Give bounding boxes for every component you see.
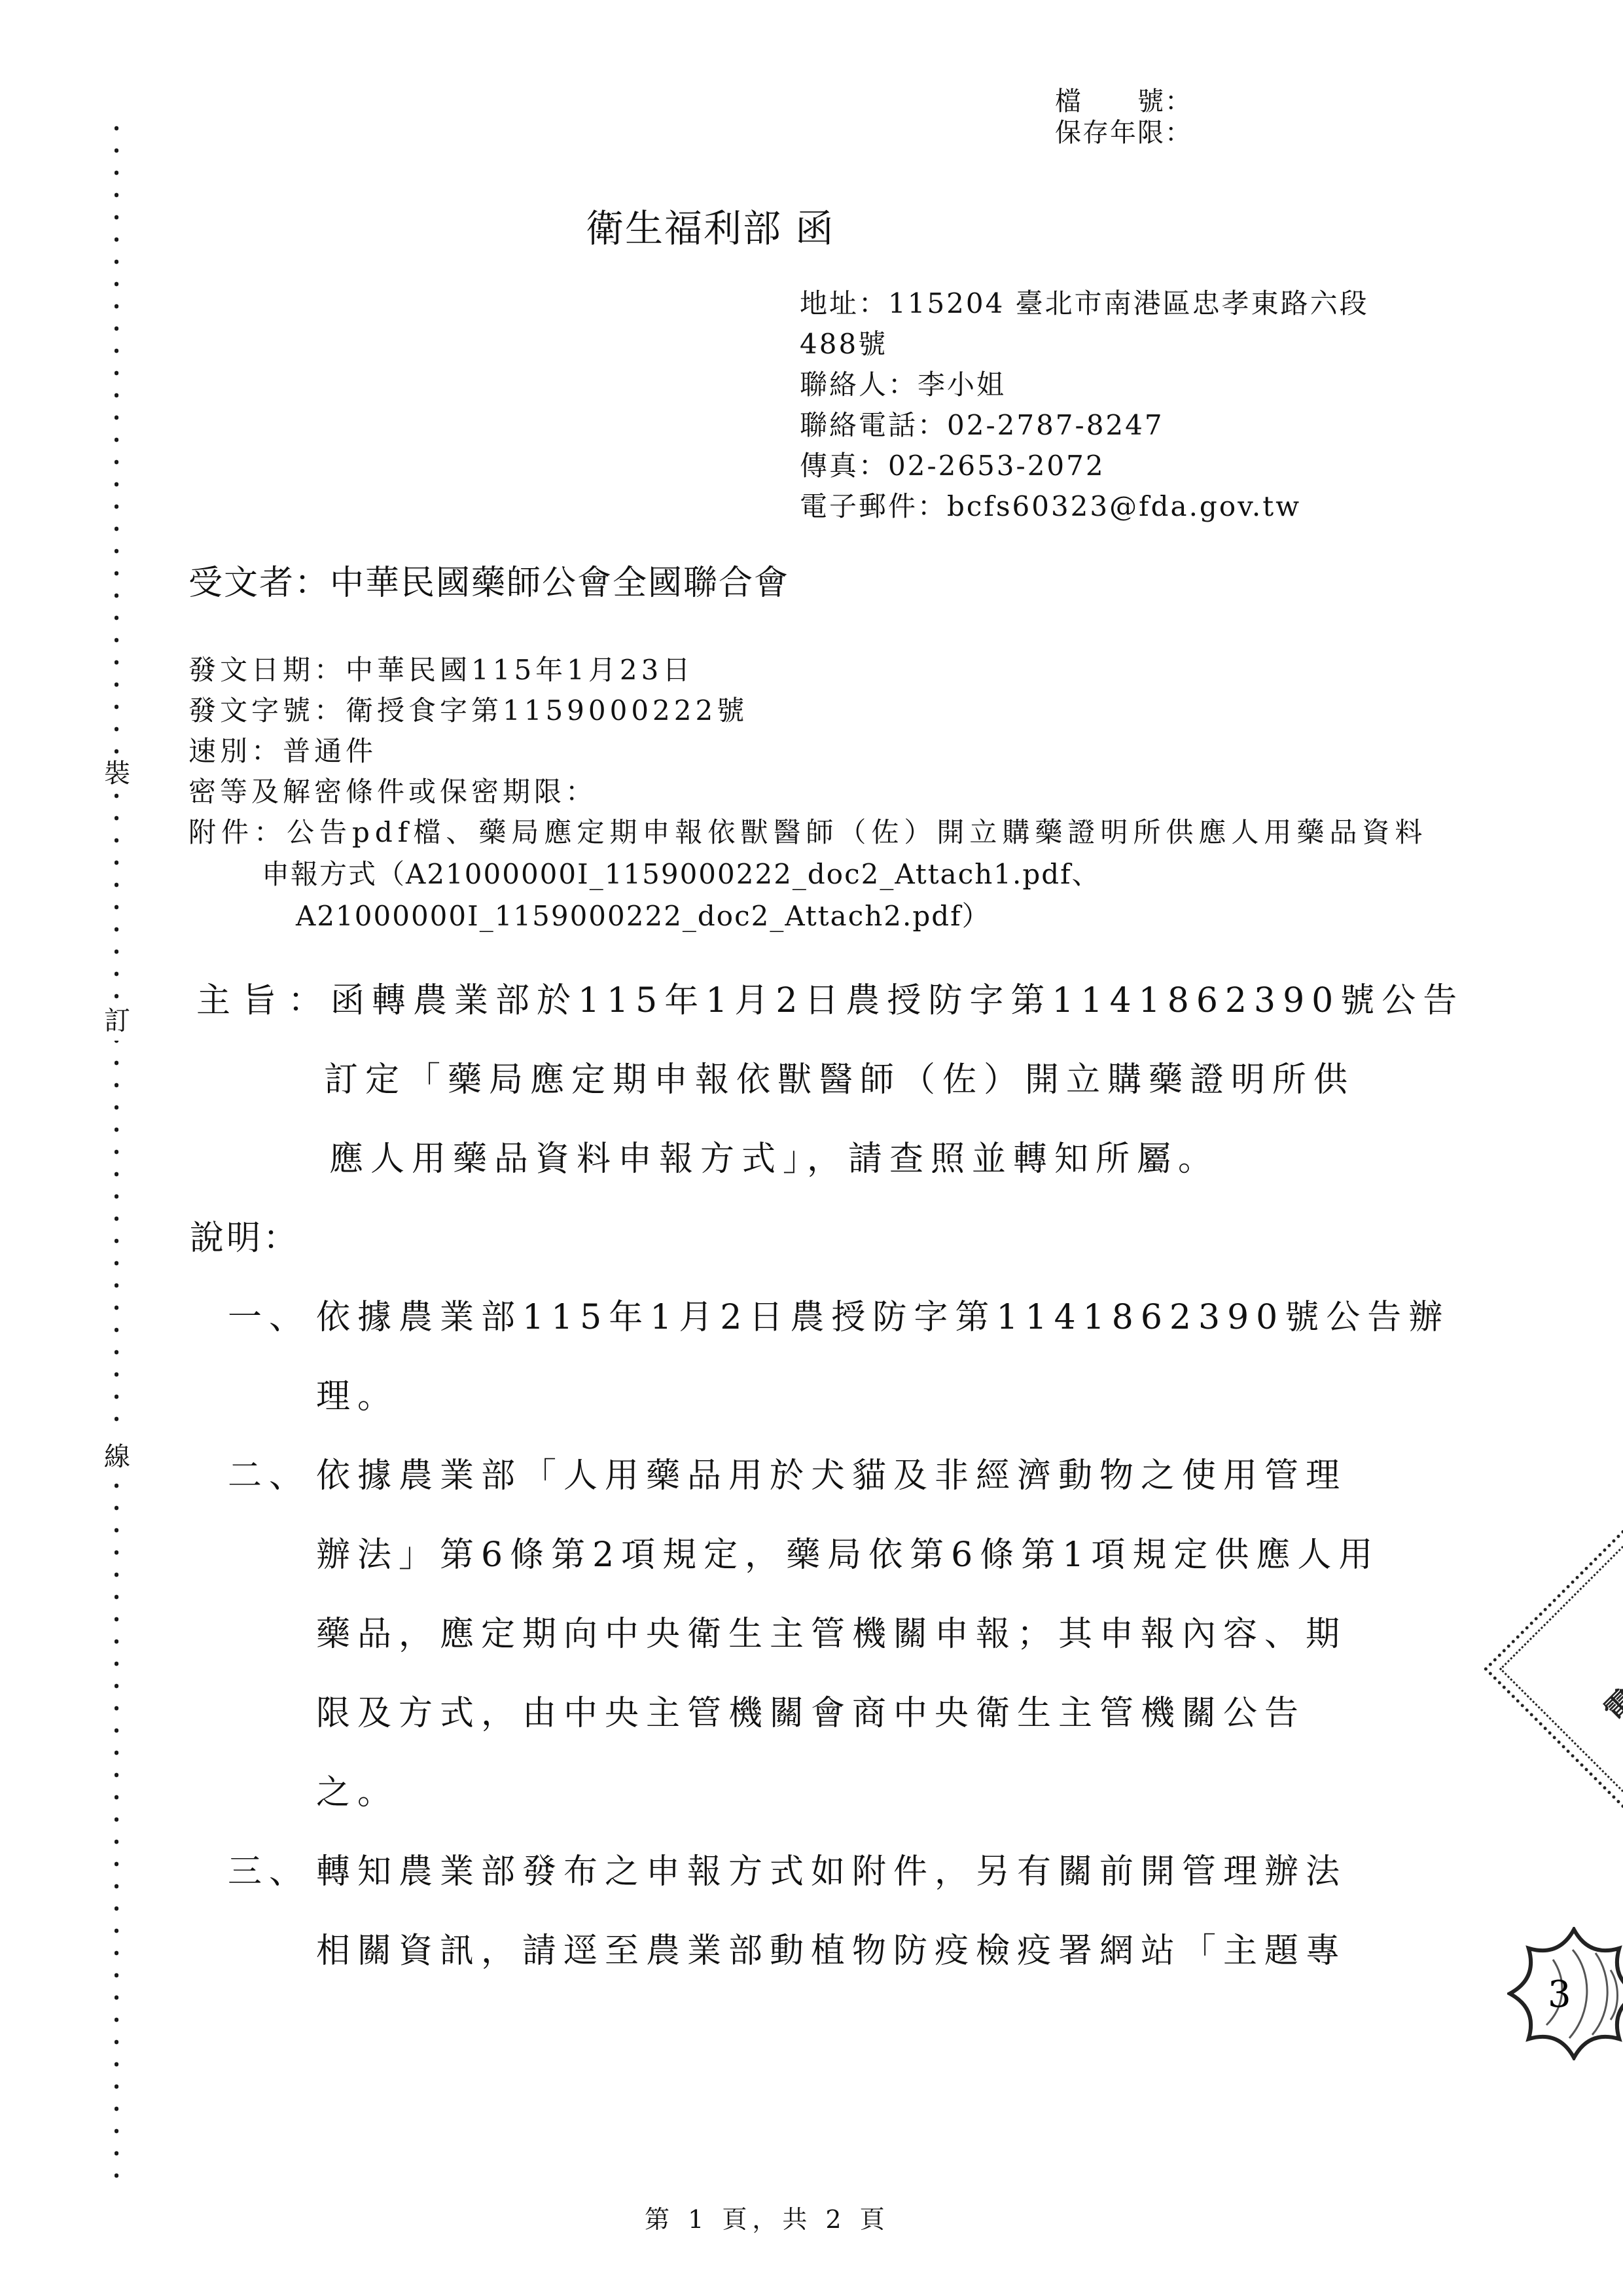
explanation-item2-line5: 之。: [316, 1774, 399, 1813]
attachment-line1: 附件：公告pdf檔、藥局應定期申報依獸醫師（佐）開立購藥證明所供應人用藥品資料: [188, 817, 1427, 848]
doc-number-line: 發文字號：衛授食字第1159000222號: [188, 695, 748, 726]
explanation-item2-line4: 限及方式，由中央主管機關會商中央衛生主管機關公告: [316, 1695, 1306, 1734]
seal-grain-line-4: [1611, 1970, 1618, 2020]
page-seam-stamp-text: 電子文件騎縫章: [1587, 1564, 1623, 1774]
sender-email: 電子郵件：bcfs60323@fda.gov.tw: [800, 491, 1301, 522]
explanation-item2-line1: 依據農業部「人用藥品用於犬貓及非經濟動物之使用管理: [316, 1457, 1347, 1496]
explanation-item1-line1: 依據農業部115年1月2日農授防字第1141862390號公告辦: [316, 1299, 1450, 1338]
explanation-item3-line2: 相關資訊，請逕至農業部動植物防疫檢疫署網站「主題專: [316, 1932, 1347, 1971]
subject-line-3: 應人用藥品資料申報方式」，請查照並轉知所屬。: [329, 1140, 1219, 1179]
priority-line: 速別：普通件: [188, 736, 377, 767]
explanation-item2-line2: 辦法」第6條第2項規定，藥局依第6條第1項規定供應人用: [316, 1536, 1380, 1575]
recipient-line: 受文者：中華民國藥師公會全國聯合會: [188, 564, 789, 603]
footer-page-indicator: 第 1 頁，共 2 頁: [645, 2206, 890, 2234]
seal-grain-line-3: [1592, 1953, 1607, 2035]
subject-line-2: 訂定「藥局應定期申報依獸醫師（佐）開立購藥證明所供: [324, 1061, 1355, 1100]
page-seam-stamp: 電子文件騎縫章: [1484, 1461, 1623, 1877]
seal-grain-line-2: [1569, 1950, 1587, 2038]
sender-contact: 聯絡人：李小姐: [800, 369, 1006, 401]
sender-fax: 傳真：02-2653-2072: [800, 450, 1105, 482]
page-seam-stamp-border: 電子文件騎縫章: [1499, 1477, 1623, 1861]
sender-address-line1: 地址：115204 臺北市南港區忠孝東路六段: [800, 288, 1369, 319]
file-number-label: 檔 號：: [1055, 86, 1192, 117]
binding-char-ding: 訂: [103, 1001, 132, 1041]
explanation-label: 說明：: [190, 1219, 300, 1259]
binding-char-zhuang: 裝: [103, 754, 132, 793]
page-number-seal: 3: [1507, 1927, 1623, 2060]
subject-label: 主旨：: [196, 982, 334, 1021]
seal-page-number: 3: [1548, 1973, 1571, 2016]
retention-period-label: 保存年限：: [1055, 118, 1192, 148]
official-letter-page: 裝 訂 線 檔 號： 保存年限： 衛生福利部 函 地址：115204 臺北市南港…: [0, 0, 1623, 2296]
document-title: 衛生福利部 函: [586, 207, 834, 251]
attachment-line3: A21000000I_1159000222_doc2_Attach2.pdf）: [296, 901, 991, 932]
subject-line-1: 函轉農業部於115年1月2日農授防字第1141862390號公告: [330, 982, 1464, 1021]
explanation-item1-number: 一、: [228, 1299, 310, 1338]
binding-margin-dotted-line: [115, 123, 118, 2183]
explanation-item3-line1: 轉知農業部發布之申報方式如附件，另有關前開管理辦法: [316, 1853, 1347, 1892]
explanation-item1-line2: 理。: [316, 1378, 399, 1417]
explanation-item3-number: 三、: [228, 1853, 310, 1892]
sender-phone: 聯絡電話：02-2787-8247: [800, 410, 1164, 441]
issue-date-line: 發文日期：中華民國115年1月23日: [188, 655, 694, 686]
explanation-item2-line3: 藥品，應定期向中央衛生主管機關申報；其申報內容、期: [316, 1615, 1347, 1655]
explanation-item2-number: 二、: [228, 1457, 310, 1496]
binding-char-xian: 線: [103, 1437, 132, 1477]
sender-address-line2: 488號: [800, 329, 887, 360]
security-line: 密等及解密條件或保密期限：: [188, 776, 597, 808]
attachment-line2: 申報方式（A21000000I_1159000222_doc2_Attach1.…: [262, 859, 1101, 890]
